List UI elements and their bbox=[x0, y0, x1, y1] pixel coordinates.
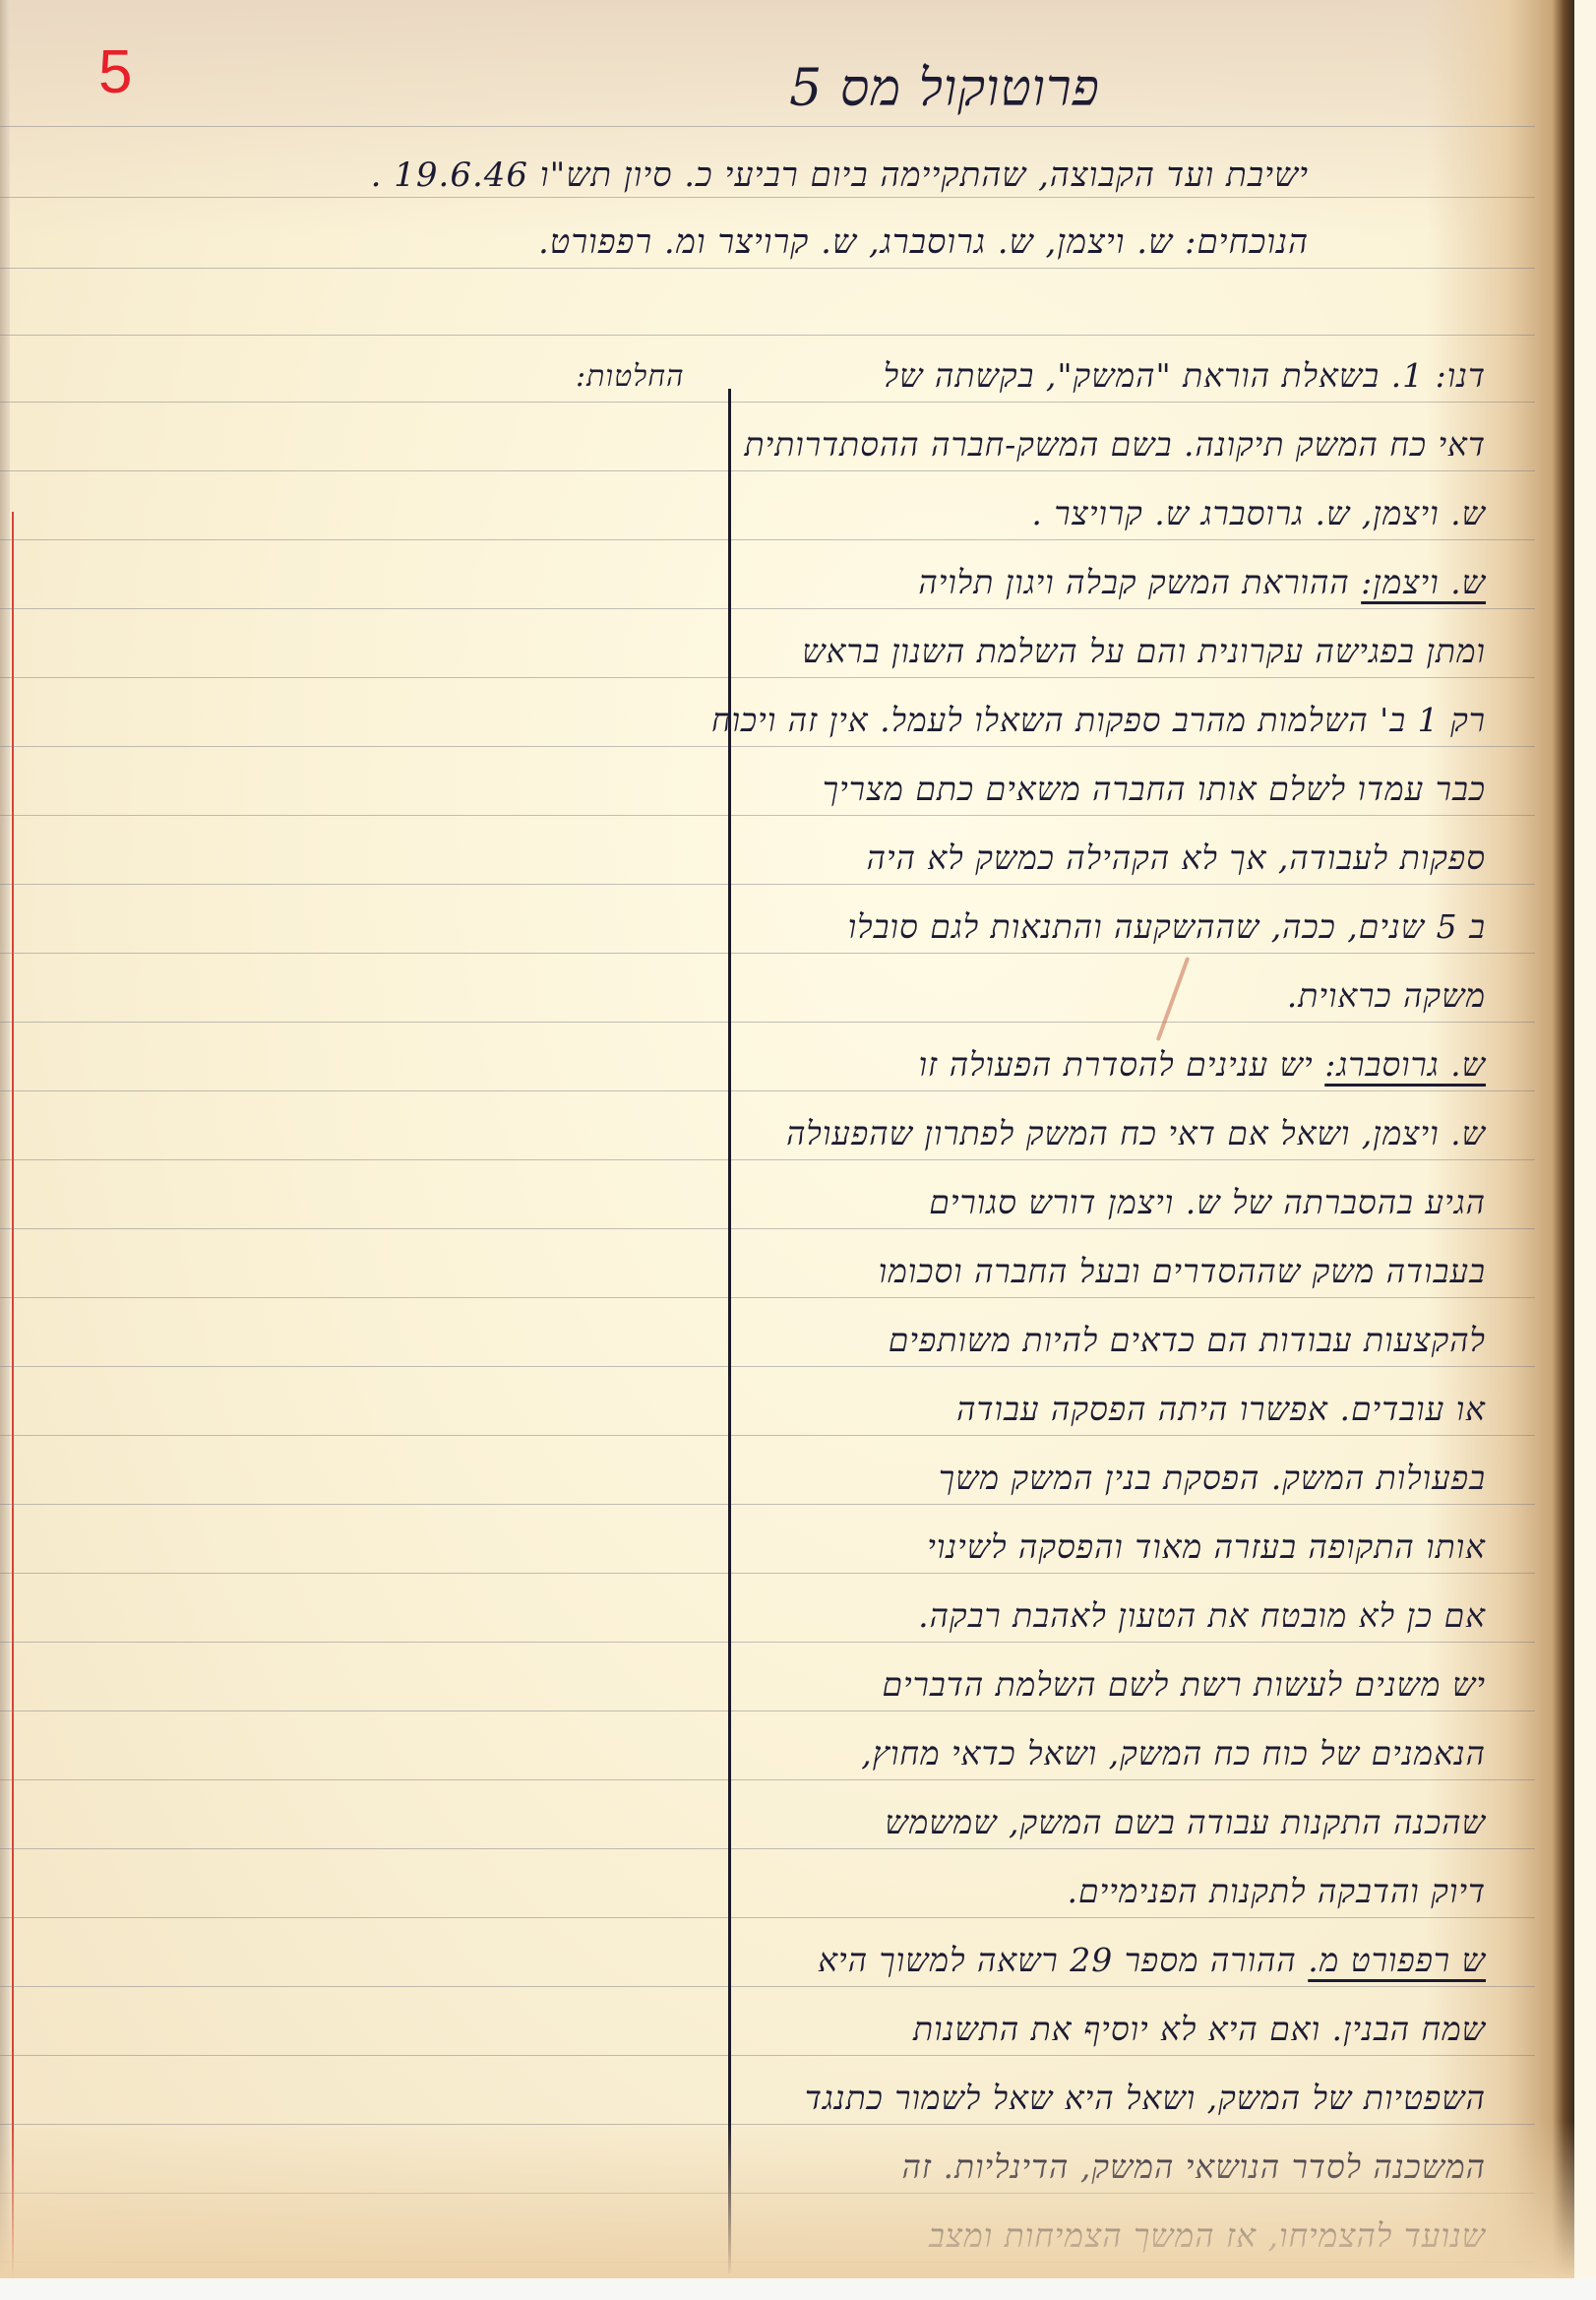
page-number: 5 bbox=[98, 37, 132, 107]
ruled-line bbox=[0, 1986, 1535, 1987]
body-line: ש רפפורט מ. ההורה מספר 29 רשאה למשוך היא bbox=[728, 1941, 1486, 1980]
speaker-name: ש. גרוסברג: bbox=[1324, 1045, 1486, 1084]
body-text: ההוראת המשק קבלה ויגון תלויה bbox=[918, 563, 1349, 601]
body-line: שמח הבנין. ואם היא לא יוסיף את התשנות bbox=[728, 2010, 1486, 2049]
body-line: הנאמנים של כוח כח המשק, ושאל כדאי מחוץ, bbox=[728, 1734, 1486, 1773]
body-line: דאי כח המשק תיקונה. בשם המשק-חברה ההסתדר… bbox=[728, 425, 1486, 465]
ruled-line bbox=[0, 1573, 1535, 1574]
scanned-page: 5 פרוטוקול מס 5 ישיבת ועד הקבוצה, שהתקיי… bbox=[0, 0, 1574, 2278]
ruled-line bbox=[0, 2124, 1535, 2125]
body-line: ש. גרוסברג: יש ענינים להסדרת הפעולה זו bbox=[728, 1045, 1486, 1085]
body-line: יש משנים לעשות רשת לשם השלמת הדברים bbox=[728, 1665, 1486, 1705]
body-line: משקה כראוית. bbox=[728, 976, 1486, 1016]
meeting-info-line: ישיבת ועד הקבוצה, שהתקיימה ביום רביעי כ.… bbox=[371, 155, 1309, 195]
ruled-line bbox=[0, 1779, 1535, 1780]
ruled-line bbox=[0, 1022, 1535, 1023]
ruled-line bbox=[0, 1848, 1535, 1849]
ruled-line bbox=[0, 884, 1535, 885]
body-line: רק 1 ב' השלמות מהרב ספקות השאלו לעמל. אי… bbox=[728, 701, 1486, 740]
ruled-line bbox=[0, 1366, 1535, 1367]
ruled-line bbox=[0, 402, 1535, 403]
ruled-line bbox=[0, 1435, 1535, 1436]
decisions-column-label: החלטות: bbox=[576, 359, 685, 394]
body-line: דיוק והדבקה לתקנות הפנימיים. bbox=[728, 1872, 1486, 1911]
body-line: ש. ויצמן, ושאל אם דאי כח המשק לפתרון שהפ… bbox=[728, 1114, 1486, 1153]
ruled-line bbox=[0, 1504, 1535, 1505]
body-line: אותו התקופה בעזרה מאוד והפסקה לשינוי bbox=[728, 1527, 1486, 1567]
ruled-line bbox=[0, 126, 1535, 127]
ruled-line bbox=[0, 953, 1535, 954]
ruled-line bbox=[0, 677, 1535, 678]
ruled-line bbox=[0, 746, 1535, 747]
ruled-line bbox=[0, 1642, 1535, 1643]
ruled-line bbox=[0, 2262, 1535, 2263]
ruled-line bbox=[0, 539, 1535, 540]
red-margin-line bbox=[12, 512, 14, 2278]
ruled-line bbox=[0, 1297, 1535, 1298]
body-line: כבר עמדו לשלם אותו החברה משאים כתם מצריך bbox=[728, 770, 1486, 809]
protocol-title: פרוטוקול מס 5 bbox=[748, 59, 1141, 118]
ruled-line bbox=[0, 2193, 1535, 2194]
body-line: בפעולות המשק. הפסקת בנין המשק משך bbox=[728, 1459, 1486, 1498]
body-text: יש ענינים להסדרת הפעולה זו bbox=[919, 1045, 1314, 1084]
ruled-line bbox=[0, 815, 1535, 816]
body-text: ההורה מספר 29 רשאה למשוך היא bbox=[818, 1941, 1296, 1979]
body-line: אם כן לא מובטח את הטעון לאהבת רבקה. bbox=[728, 1596, 1486, 1636]
body-line: להקצעות עבודות הם כדאים להיות משותפים bbox=[728, 1321, 1486, 1360]
ruled-line bbox=[0, 1159, 1535, 1160]
body-line: שהכנה התקנות עבודה בשם המשק, שמשמש bbox=[728, 1803, 1486, 1842]
ruled-line bbox=[0, 1710, 1535, 1711]
ruled-line bbox=[0, 608, 1535, 609]
body-line: דנו: 1. בשאלת הוראת "המשק", בקשתה של bbox=[728, 356, 1486, 396]
speaker-name: ש. ויצמן: bbox=[1361, 563, 1486, 601]
ruled-line bbox=[0, 2055, 1535, 2056]
speaker-name: ש רפפורט מ. bbox=[1308, 1941, 1486, 1979]
ruled-line bbox=[0, 1228, 1535, 1229]
body-line: ב 5 שנים, ככה, שההשקעה והתנאות לגם סובלו bbox=[728, 907, 1486, 947]
body-line: הגיע בהסברתה של ש. ויצמן דורש סגורים bbox=[728, 1183, 1486, 1222]
attendees-line: הנוכחים: ש. ויצמן, ש. גרוסברג, ש. קרויצר… bbox=[538, 222, 1309, 262]
ruled-line bbox=[0, 1917, 1535, 1918]
ruled-line bbox=[0, 268, 1535, 269]
body-line: ומתן בפגישה עקרונית והם על השלמת השנון ב… bbox=[728, 632, 1486, 671]
body-line: או עובדים. אפשרו היתה הפסקה עבודה bbox=[728, 1390, 1486, 1429]
body-line: ש. ויצמן, ש. גרוסברג ש. קרויצר . bbox=[728, 494, 1486, 533]
body-line: בעבודה משק שההסדרים ובעל החברה וסכומו bbox=[728, 1252, 1486, 1291]
ruled-line bbox=[0, 335, 1535, 336]
body-line: השפטיות של המשק, ושאל היא שאל לשמור כתנג… bbox=[728, 2079, 1486, 2118]
body-line: שנועד להצמיחו, אז המשך הצמיחות ומצב bbox=[728, 2216, 1486, 2256]
scan-bottom-border bbox=[0, 2278, 1596, 2300]
body-line: המשכנה לסדר הנושאי המשק, הדינליות. זה bbox=[728, 2147, 1486, 2187]
ruled-line bbox=[0, 1090, 1535, 1091]
body-line: ש. ויצמן: ההוראת המשק קבלה ויגון תלויה bbox=[728, 563, 1486, 602]
ruled-line bbox=[0, 197, 1535, 198]
page-left-edge bbox=[0, 0, 10, 2278]
ruled-line bbox=[0, 470, 1535, 471]
body-line: ספקות לעבודה, אך לא הקהילה כמשק לא היה bbox=[728, 839, 1486, 878]
